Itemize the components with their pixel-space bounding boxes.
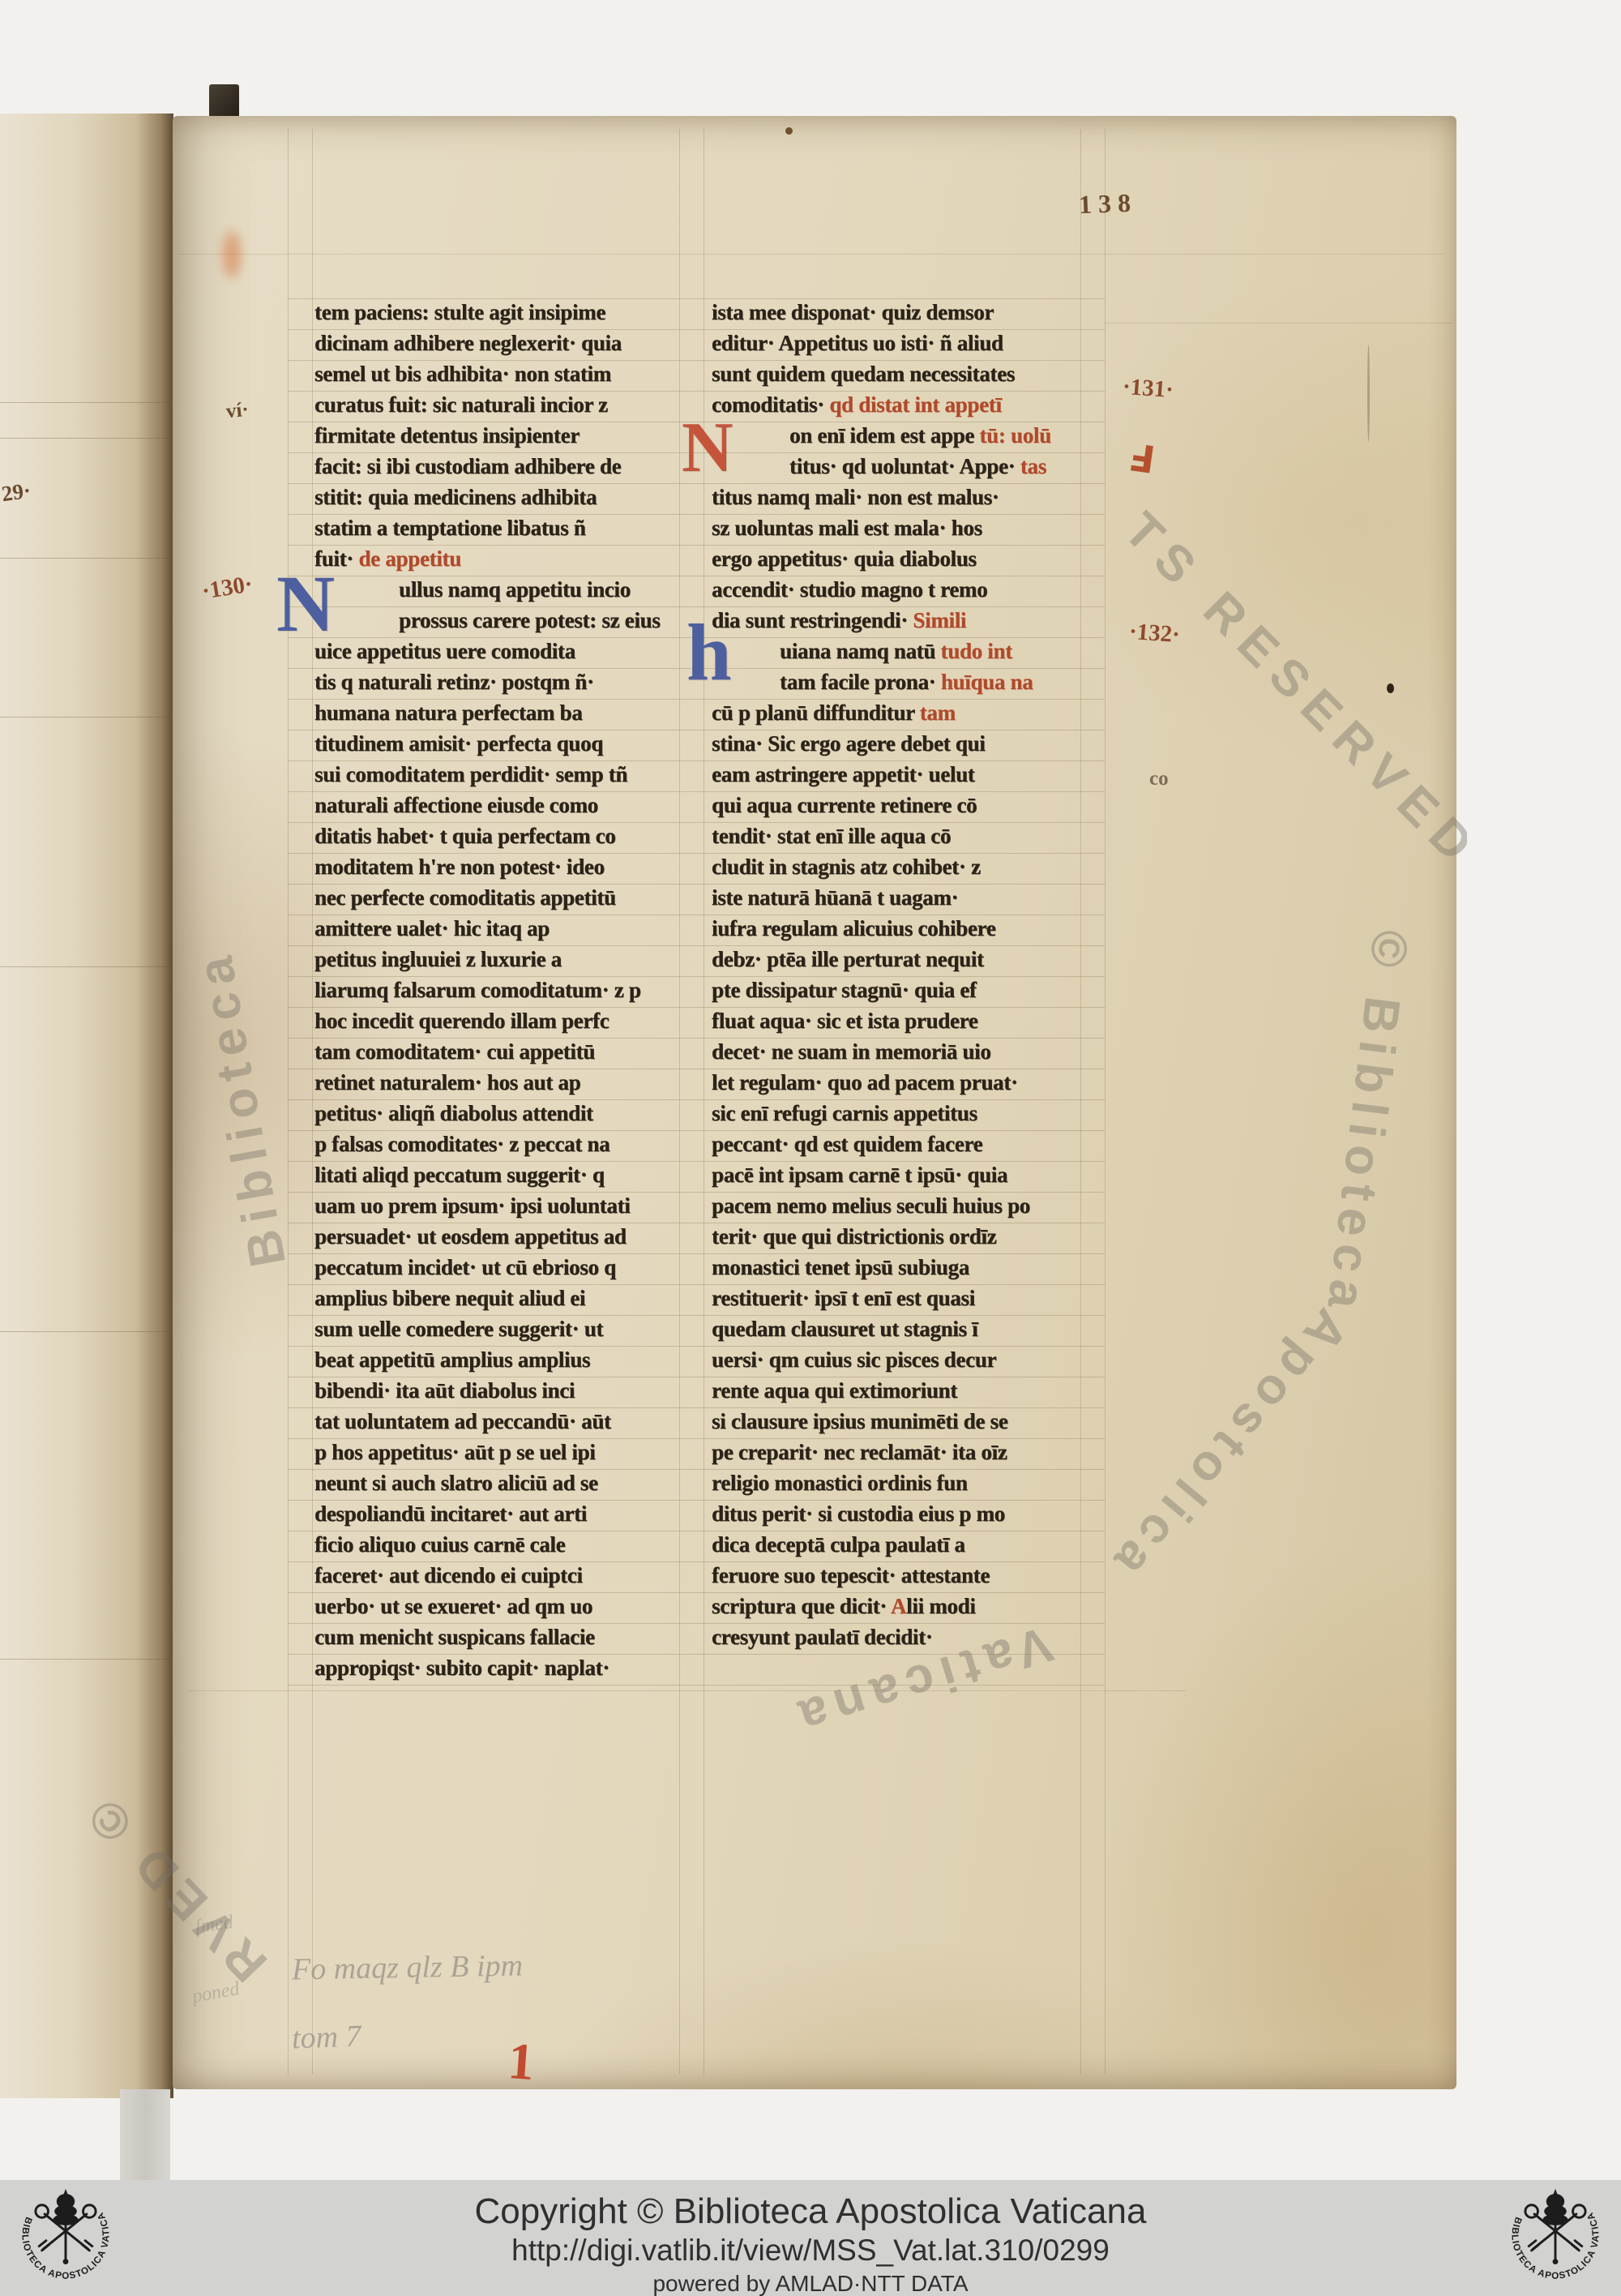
- body-text: moditatem h're non potest· ideo: [314, 855, 605, 879]
- body-text: amplius bibere nequit aliud ei: [314, 1286, 585, 1310]
- manuscript-line: feruore suo tepescit· attestante: [712, 1561, 990, 1592]
- body-text: petitus ingluuiei z luxurie a: [314, 947, 562, 971]
- body-text: p hos appetitus· aūt p se uel ipi: [314, 1440, 595, 1464]
- manuscript-line: hoc incedit querendo illam perfc: [314, 1007, 609, 1038]
- body-text: faceret· aut dicendo ei cuiptci: [314, 1563, 583, 1587]
- manuscript-page: tem paciens: stulte agit insipimedicinam…: [173, 116, 1456, 2089]
- body-text: religio monastici ordinis fun: [712, 1471, 968, 1495]
- manuscript-line: amplius bibere nequit aliud ei: [314, 1284, 585, 1315]
- manuscript-line: restituerit· ipsī t enī est quasi: [712, 1284, 975, 1315]
- manuscript-line: titus namq mali· non est malus·: [712, 483, 999, 514]
- body-text: retinet naturalem· hos aut ap: [314, 1070, 580, 1094]
- manuscript-line: p hos appetitus· aūt p se uel ipi: [314, 1438, 595, 1469]
- ruling-vline: [1105, 129, 1106, 2075]
- body-text: persuadet· ut eosdem appetitus ad: [314, 1224, 627, 1249]
- body-text: debz· ptēa ille perturat nequit: [712, 947, 984, 971]
- body-text: eam astringere appetit· uelut: [712, 762, 975, 786]
- body-text: ista mee disponat· quiz demsor: [712, 300, 994, 324]
- manuscript-line: sz uoluntas mali est mala· hos: [712, 514, 982, 545]
- body-text: firmitate detentus insipienter: [314, 423, 580, 448]
- note-132: ·132·: [1128, 619, 1181, 649]
- manuscript-line: beat appetitū amplius amplius: [314, 1346, 590, 1377]
- speck: [1387, 683, 1394, 693]
- manuscript-line: p falsas comoditates· z peccat na: [314, 1130, 609, 1161]
- body-text: uersi· qm cuius sic pisces decur: [712, 1347, 996, 1372]
- body-text: quedam clausuret ut stagnis ī: [712, 1317, 977, 1341]
- manuscript-line: bibendi· ita aūt diabolus inci: [314, 1377, 575, 1407]
- manuscript-line: statim a temptatione libatus ñ: [314, 514, 586, 545]
- body-text: humana natura perfectam ba: [314, 700, 582, 725]
- body-text: si clausure ipsius munimēti de se: [712, 1409, 1007, 1433]
- manuscript-line: eam astringere appetit· uelut: [712, 760, 975, 791]
- body-text: neunt si auch slatro aliciū ad se: [314, 1471, 598, 1495]
- body-text: accendit· studio magno t remo: [712, 577, 987, 602]
- manuscript-line: neunt si auch slatro aliciū ad se: [314, 1469, 598, 1500]
- copyright-footer: BIBLIOTECA APOSTOLICA VATICANA Copyright…: [0, 2180, 1621, 2296]
- note-co: co: [1149, 768, 1169, 790]
- vatican-library-emblem-icon: BIBLIOTECA APOSTOLICA VATICANA: [1495, 2183, 1616, 2295]
- body-text: pe creparit· nec reclamāt· ita oīz: [712, 1440, 1007, 1464]
- body-text: stitit: quia medicinens adhibita: [314, 485, 597, 509]
- manuscript-line: petitus ingluuiei z luxurie a: [314, 945, 562, 976]
- manuscript-line: stitit: quia medicinens adhibita: [314, 483, 597, 514]
- book-edge-strip: [120, 2089, 170, 2183]
- facing-page-margin-note: 29·: [0, 478, 32, 508]
- body-text: titus namq mali· non est malus·: [712, 485, 999, 509]
- body-text: uam uo prem ipsum· ipsi uoluntati: [314, 1193, 630, 1218]
- manuscript-line: pacē int ipsam carnē t ipsū· quia: [712, 1161, 1007, 1192]
- body-text: scriptura que dicit·: [712, 1594, 891, 1618]
- manuscript-line: humana natura perfectam ba: [314, 699, 582, 730]
- binding-tab: [209, 84, 239, 118]
- body-text: sz uoluntas mali est mala· hos: [712, 516, 982, 540]
- manuscript-line: accendit· studio magno t remo: [712, 576, 987, 606]
- body-text: sum uelle comedere suggerit· ut: [314, 1317, 603, 1341]
- body-text: peccant· qd est quidem facere: [712, 1132, 982, 1156]
- manuscript-line: ullus namq appetitu incio: [399, 576, 631, 606]
- rubric-text: tam: [920, 700, 956, 725]
- body-text: amittere ualet· hic itaq ap: [314, 916, 550, 940]
- body-text: nec perfecte comoditatis appetitū: [314, 885, 616, 910]
- manuscript-line: pte dissipatur stagnū· quia ef: [712, 976, 977, 1007]
- body-text: tam comoditatem· cui appetitū: [314, 1039, 595, 1064]
- body-text: ditatis habet· t quia perfectam co: [314, 824, 616, 848]
- manuscript-line: sunt quidem quedam necessitates: [712, 360, 1015, 391]
- rubric-text: de appetitu: [358, 546, 460, 571]
- body-text: feruore suo tepescit· attestante: [712, 1563, 990, 1587]
- manuscript-line: cludit in stagnis atz cohibet· z: [712, 853, 981, 884]
- body-text: tendit· stat enī ille aqua cō: [712, 824, 951, 848]
- body-text: terit· que qui districtionis ordīz: [712, 1224, 996, 1249]
- manuscript-line: peccant· qd est quidem facere: [712, 1130, 982, 1161]
- body-text: bibendi· ita aūt diabolus inci: [314, 1378, 575, 1403]
- body-text: cū p planū diffunditur: [712, 700, 920, 725]
- body-text: petitus· aliqñ diabolus attendit: [314, 1101, 593, 1125]
- manuscript-line: scriptura que dicit· Alii modi: [712, 1592, 976, 1623]
- digitized-manuscript-screenshot: { "folio_number": "138", "footer": { "co…: [0, 0, 1621, 2296]
- manuscript-line: sui comoditatem perdidit· semp tñ: [314, 760, 627, 791]
- body-text: lii modi: [906, 1594, 975, 1618]
- manuscript-line: persuadet· ut eosdem appetitus ad: [314, 1223, 627, 1253]
- manuscript-line: si clausure ipsius munimēti de se: [712, 1407, 1007, 1438]
- body-text: iufra regulam alicuius cohibere: [712, 916, 995, 940]
- manuscript-line: qui aqua currente retinere cō: [712, 791, 977, 822]
- manuscript-line: iste naturā hūanā t uagam·: [712, 884, 958, 915]
- manuscript-line: tendit· stat enī ille aqua cō: [712, 822, 951, 853]
- manuscript-line: pacem nemo melius seculi huius po: [712, 1192, 1030, 1223]
- manuscript-line: faceret· aut dicendo ei cuiptci: [314, 1561, 583, 1592]
- manuscript-line: fuit· de appetitu: [314, 545, 461, 576]
- body-text: sui comoditatem perdidit· semp tñ: [314, 762, 627, 786]
- facing-ruling-line: [0, 1331, 173, 1332]
- ruling-vline: [312, 129, 313, 2075]
- body-text: dia sunt restringendi·: [712, 608, 913, 632]
- manuscript-line: ergo appetitus· quia diabolus: [712, 545, 977, 576]
- rubric-text: Simili: [913, 608, 966, 632]
- body-text: semel ut bis adhibita· non statim: [314, 362, 611, 386]
- manuscript-line: tem paciens: stulte agit insipime: [314, 298, 605, 329]
- body-text: facit: si ibi custodiam adhibere de: [314, 454, 621, 478]
- footer-copyright-text: Copyright © Biblioteca Apostolica Vatica…: [0, 2191, 1621, 2232]
- manuscript-line: retinet naturalem· hos aut ap: [314, 1069, 580, 1099]
- manuscript-line: dicinam adhibere neglexerit· quia: [314, 329, 622, 360]
- manuscript-line: tam comoditatem· cui appetitū: [314, 1038, 595, 1069]
- body-text: dicinam adhibere neglexerit· quia: [314, 331, 622, 355]
- body-text: despoliandū incitaret· aut arti: [314, 1501, 587, 1526]
- body-text: cresyunt paulatī decidit·: [712, 1625, 933, 1649]
- manuscript-line: pe creparit· nec reclamāt· ita oīz: [712, 1438, 1007, 1469]
- manuscript-line: litati aliqd peccatum suggerit· q: [314, 1161, 605, 1192]
- body-text: litati aliqd peccatum suggerit· q: [314, 1163, 605, 1187]
- body-text: editur· Appetitus uo isti· ñ aliud: [712, 331, 1003, 355]
- manuscript-line: quedam clausuret ut stagnis ī: [712, 1315, 977, 1346]
- manuscript-line: ditatis habet· t quia perfectam co: [314, 822, 616, 853]
- body-text: naturali affectione eiusde como: [314, 793, 598, 817]
- body-text: pte dissipatur stagnū· quia ef: [712, 978, 977, 1002]
- body-text: dica deceptā culpa paulatī a: [712, 1532, 965, 1557]
- manuscript-line: uerbo· ut se exueret· ad qm uo: [314, 1592, 592, 1623]
- manuscript-line: decet· ne suam in memoriā uio: [712, 1038, 991, 1069]
- body-text: beat appetitū amplius amplius: [314, 1347, 590, 1372]
- manuscript-line: petitus· aliqñ diabolus attendit: [314, 1099, 593, 1130]
- body-text: tam facile prona·: [780, 670, 941, 694]
- body-text: titus· qd uoluntat· Appe·: [789, 454, 1020, 478]
- manuscript-line: uice appetitus uere comodita: [314, 637, 575, 668]
- manuscript-line: naturali affectione eiusde como: [314, 791, 598, 822]
- body-text: rente aqua qui extimoriunt: [712, 1378, 957, 1403]
- body-text: prossus carere potest: sz eius: [399, 608, 660, 632]
- manuscript-line: cum menicht suspicans fallacie: [314, 1623, 595, 1654]
- body-text: uiana namq natū: [780, 639, 941, 663]
- body-text: curatus fuit: sic naturali incior z: [314, 392, 608, 417]
- pencil-note: tom 7: [291, 2019, 361, 2057]
- body-text: statim a temptatione libatus ñ: [314, 516, 586, 540]
- ruling-hline: [189, 1690, 1186, 1691]
- manuscript-line: firmitate detentus insipienter: [314, 422, 580, 452]
- body-text: peccatum incidet· ut cū ebrioso q: [314, 1255, 616, 1279]
- rubric-text: tū: uolū: [979, 423, 1050, 448]
- folio-number: 1 3 8: [1078, 188, 1131, 220]
- manuscript-line: ficio aliquo cuius carnē cale: [314, 1531, 565, 1561]
- body-text: on enī idem est appe: [789, 423, 979, 448]
- manuscript-line: peccatum incidet· ut cū ebrioso q: [314, 1253, 616, 1284]
- paragraph-mark: Ⅎ: [1126, 435, 1157, 482]
- body-text: ditus perit· si custodia eius p mo: [712, 1501, 1005, 1526]
- manuscript-line: amittere ualet· hic itaq ap: [314, 915, 550, 945]
- manuscript-line: sic enī refugi carnis appetitus: [712, 1099, 977, 1130]
- rubric-text: qd distat int appetī: [829, 392, 1001, 417]
- body-text: decet· ne suam in memoriā uio: [712, 1039, 991, 1064]
- manuscript-photo: 29· tem paciens: stulte agit insipimedic…: [0, 78, 1467, 2098]
- body-text: cludit in stagnis atz cohibet· z: [712, 855, 981, 879]
- facing-ruling-line: [0, 438, 173, 439]
- manuscript-line: fluat aqua· sic et ista prudere: [712, 1007, 977, 1038]
- body-text: ergo appetitus· quia diabolus: [712, 546, 977, 571]
- pencil-note: ſmed: [194, 1912, 234, 1938]
- body-text: ullus namq appetitu incio: [399, 577, 631, 602]
- body-text: hoc incedit querendo illam perfc: [314, 1009, 609, 1033]
- manuscript-line: sum uelle comedere suggerit· ut: [314, 1315, 603, 1346]
- manuscript-line: curatus fuit: sic naturali incior z: [314, 391, 608, 422]
- note-130: ·130·: [200, 571, 254, 605]
- ink-smudge: [223, 231, 241, 278]
- facing-ruling-line: [0, 1659, 173, 1660]
- body-text: stina· Sic ergo agere debet qui: [712, 731, 985, 756]
- manuscript-line: liarumq falsarum comoditatum· z p: [314, 976, 641, 1007]
- ruling-hline: [1105, 323, 1453, 323]
- pencil-note: Fo maqz qlz B ipm: [292, 1948, 524, 1988]
- manuscript-line: uiana namq natū tudo int: [780, 637, 1012, 668]
- body-text: liarumq falsarum comoditatum· z p: [314, 978, 641, 1002]
- manuscript-line: ista mee disponat· quiz demsor: [712, 298, 994, 329]
- manuscript-line: stina· Sic ergo agere debet qui: [712, 730, 985, 760]
- speck: [785, 127, 793, 135]
- body-text: pacem nemo melius seculi huius po: [712, 1193, 1030, 1218]
- manuscript-line: debz· ptēa ille perturat nequit: [712, 945, 984, 976]
- ruling-hline: [179, 254, 1444, 255]
- manuscript-line: facit: si ibi custodiam adhibere de: [314, 452, 621, 483]
- ruling-vline: [1080, 129, 1081, 2075]
- manuscript-line: despoliandū incitaret· aut arti: [314, 1500, 587, 1531]
- body-text: monastici tenet ipsū subiuga: [712, 1255, 969, 1279]
- rubric-text: tas: [1020, 454, 1046, 478]
- manuscript-line: tam facile prona· huīqua na: [780, 668, 1033, 699]
- rubric-text: A: [891, 1594, 906, 1618]
- illuminated-initial: N: [276, 563, 335, 645]
- facing-ruling-line: [0, 717, 173, 717]
- body-text: tat uoluntatem ad peccandū· aūt: [314, 1409, 611, 1433]
- body-text: iste naturā hūanā t uagam·: [712, 885, 958, 910]
- facing-page-edge: 29·: [0, 114, 173, 2098]
- illuminated-initial: N: [682, 413, 734, 484]
- body-text: qui aqua currente retinere cō: [712, 793, 977, 817]
- body-text: sic enī refugi carnis appetitus: [712, 1101, 977, 1125]
- body-text: appropiqst· subito capit· naplat·: [314, 1656, 609, 1680]
- manuscript-line: monastici tenet ipsū subiuga: [712, 1253, 969, 1284]
- body-text: ficio aliquo cuius carnē cale: [314, 1532, 565, 1557]
- manuscript-line: cū p planū diffunditur tam: [712, 699, 956, 730]
- manuscript-line: religio monastici ordinis fun: [712, 1469, 968, 1500]
- manuscript-line: titudinem amisit· perfecta quoq: [314, 730, 603, 760]
- body-text: let regulam· quo ad pacem pruat·: [712, 1070, 1018, 1094]
- red-lead-numeral: 1: [507, 2035, 536, 2088]
- facing-ruling-line: [0, 402, 173, 403]
- body-text: p falsas comoditates· z peccat na: [314, 1132, 609, 1156]
- footer-powered-by-text: powered by AMLAD·NTT DATA: [0, 2271, 1621, 2296]
- manuscript-line: nec perfecte comoditatis appetitū: [314, 884, 616, 915]
- manuscript-line: ditus perit· si custodia eius p mo: [712, 1500, 1005, 1531]
- manuscript-line: titus· qd uoluntat· Appe· tas: [789, 452, 1046, 483]
- body-text: cum menicht suspicans fallacie: [314, 1625, 595, 1649]
- manuscript-line: terit· que qui districtionis ordīz: [712, 1223, 996, 1253]
- manuscript-line: dia sunt restringendi· Simili: [712, 606, 966, 637]
- manuscript-line: editur· Appetitus uo isti· ñ aliud: [712, 329, 1003, 360]
- facing-ruling-line: [0, 558, 173, 559]
- ruling-vline: [679, 129, 680, 2075]
- body-text: restituerit· ipsī t enī est quasi: [712, 1286, 975, 1310]
- note-131: ·131·: [1122, 374, 1174, 404]
- manuscript-line: uam uo prem ipsum· ipsi uoluntati: [314, 1192, 630, 1223]
- manuscript-line: appropiqst· subito capit· naplat·: [314, 1654, 609, 1685]
- body-text: uerbo· ut se exueret· ad qm uo: [314, 1594, 592, 1618]
- manuscript-line: dica deceptā culpa paulatī a: [712, 1531, 965, 1561]
- illuminated-initial: h: [686, 612, 732, 693]
- manuscript-line: tis q naturali retinz· postqm ñ·: [314, 668, 594, 699]
- rubric-text: huīqua na: [941, 670, 1033, 694]
- manuscript-line: tat uoluntatem ad peccandū· aūt: [314, 1407, 611, 1438]
- ruling-vline: [288, 129, 289, 2075]
- footer-url-text: http://digi.vatlib.it/view/MSS_Vat.lat.3…: [0, 2234, 1621, 2268]
- pencil-note: poned: [190, 1978, 241, 2008]
- manuscript-line: rente aqua qui extimoriunt: [712, 1377, 957, 1407]
- manuscript-line: cresyunt paulatī decidit·: [712, 1623, 933, 1654]
- facing-ruling-line: [0, 966, 173, 967]
- manuscript-line: uersi· qm cuius sic pisces decur: [712, 1346, 996, 1377]
- manuscript-line: semel ut bis adhibita· non statim: [314, 360, 611, 391]
- manuscript-line: let regulam· quo ad pacem pruat·: [712, 1069, 1018, 1099]
- body-text: tem paciens: stulte agit insipime: [314, 300, 605, 324]
- manuscript-line: prossus carere potest: sz eius: [399, 606, 660, 637]
- manuscript-line: moditatem h're non potest· ideo: [314, 853, 605, 884]
- ruling-hline: [288, 1685, 1105, 1686]
- manuscript-line: iufra regulam alicuius cohibere: [712, 915, 995, 945]
- body-text: sunt quidem quedam necessitates: [712, 362, 1015, 386]
- manuscript-line: comoditatis· qd distat int appetī: [712, 391, 1002, 422]
- body-text: tis q naturali retinz· postqm ñ·: [314, 670, 594, 694]
- body-text: fluat aqua· sic et ista prudere: [712, 1009, 977, 1033]
- note-vt: ví·: [225, 399, 250, 424]
- speck: [1367, 345, 1370, 442]
- body-text: uice appetitus uere comodita: [314, 639, 575, 663]
- body-text: titudinem amisit· perfecta quoq: [314, 731, 603, 756]
- body-text: pacē int ipsam carnē t ipsū· quia: [712, 1163, 1007, 1187]
- manuscript-line: on enī idem est appe tū: uolū: [789, 422, 1051, 452]
- rubric-text: tudo int: [941, 639, 1012, 663]
